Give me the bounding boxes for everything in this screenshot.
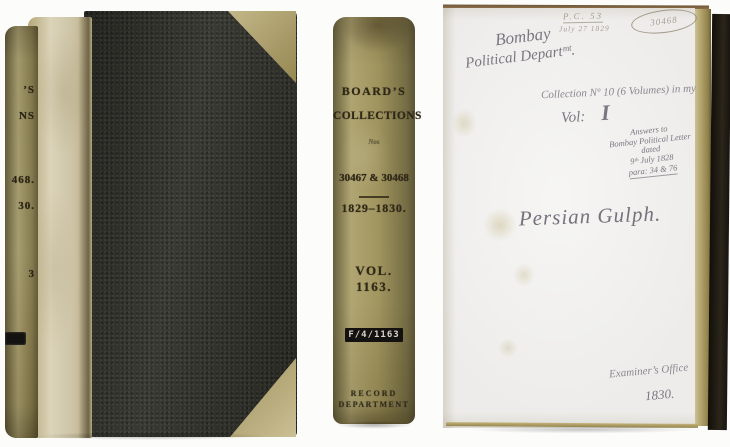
page-shadow — [440, 427, 726, 437]
spine-text-fragment: 468. — [7, 174, 35, 186]
spine-collection-numbers: 30467 & 30468 — [333, 172, 415, 184]
spine-panel: BOARD’S COLLECTIONS Nos 30467 & 30468 18… — [333, 17, 415, 424]
main-title: Persian Gulph. — [501, 201, 680, 232]
paper-stain — [451, 108, 477, 138]
year-line: 1830. — [644, 386, 675, 404]
front-cover-spine-edge: ’S NS 468. 30. 3 — [5, 26, 38, 438]
oval-number-stamp: 30468 — [630, 6, 698, 37]
front-cover-hinge-crease — [78, 17, 92, 438]
volume-label: Vol: — [561, 109, 586, 126]
spine-text-fragment: NS — [7, 110, 35, 122]
answers-note-line: para: 34 & 76 — [628, 163, 678, 179]
record-dept-stamp-line1: RECORD — [333, 389, 415, 398]
spine-title-line1: BOARD’S — [333, 84, 415, 99]
pencil-date: July 27 1829 — [559, 24, 610, 34]
spine-shelfmark-label: F/4/1163 — [345, 328, 403, 342]
spine-shadow — [327, 421, 421, 432]
examiners-office-line: Examiner’s Office — [609, 362, 689, 381]
answers-note: Answers to Bombay Political Letter dated… — [593, 120, 710, 182]
spine-series-mark: Nos — [333, 138, 415, 146]
volume-numeral: I — [600, 100, 610, 125]
volume-line: Vol: I — [560, 100, 610, 129]
record-dept-stamp-line2: DEPARTMENT — [333, 400, 415, 409]
book-shadow — [5, 433, 297, 443]
spine-text-fragment: ’S — [7, 84, 35, 96]
paper-stain — [513, 263, 535, 287]
shelfmark-label-fragment — [5, 332, 26, 345]
spine-rule — [359, 196, 389, 198]
oval-number: 30468 — [650, 14, 679, 27]
spine-text-fragment: 3 — [7, 268, 35, 280]
spine-volume: VOL. 1163. — [333, 263, 415, 295]
digitized-book-photo: ’S NS 468. 30. 3 BOARD’S COLLECTIONS Nos… — [0, 0, 730, 447]
binding-dark-edge — [708, 14, 730, 430]
title-page: P.C. 53 July 27 1829 30468 Bombay Politi… — [443, 8, 695, 428]
spine-title-line2: COLLECTIONS — [333, 110, 415, 122]
paper-stain — [498, 338, 518, 358]
spine-text-fragment: 30. — [7, 200, 35, 212]
front-cover-leather — [84, 11, 297, 437]
pencil-reference: P.C. 53 — [563, 11, 603, 24]
spine-years: 1829–1830. — [333, 201, 415, 216]
